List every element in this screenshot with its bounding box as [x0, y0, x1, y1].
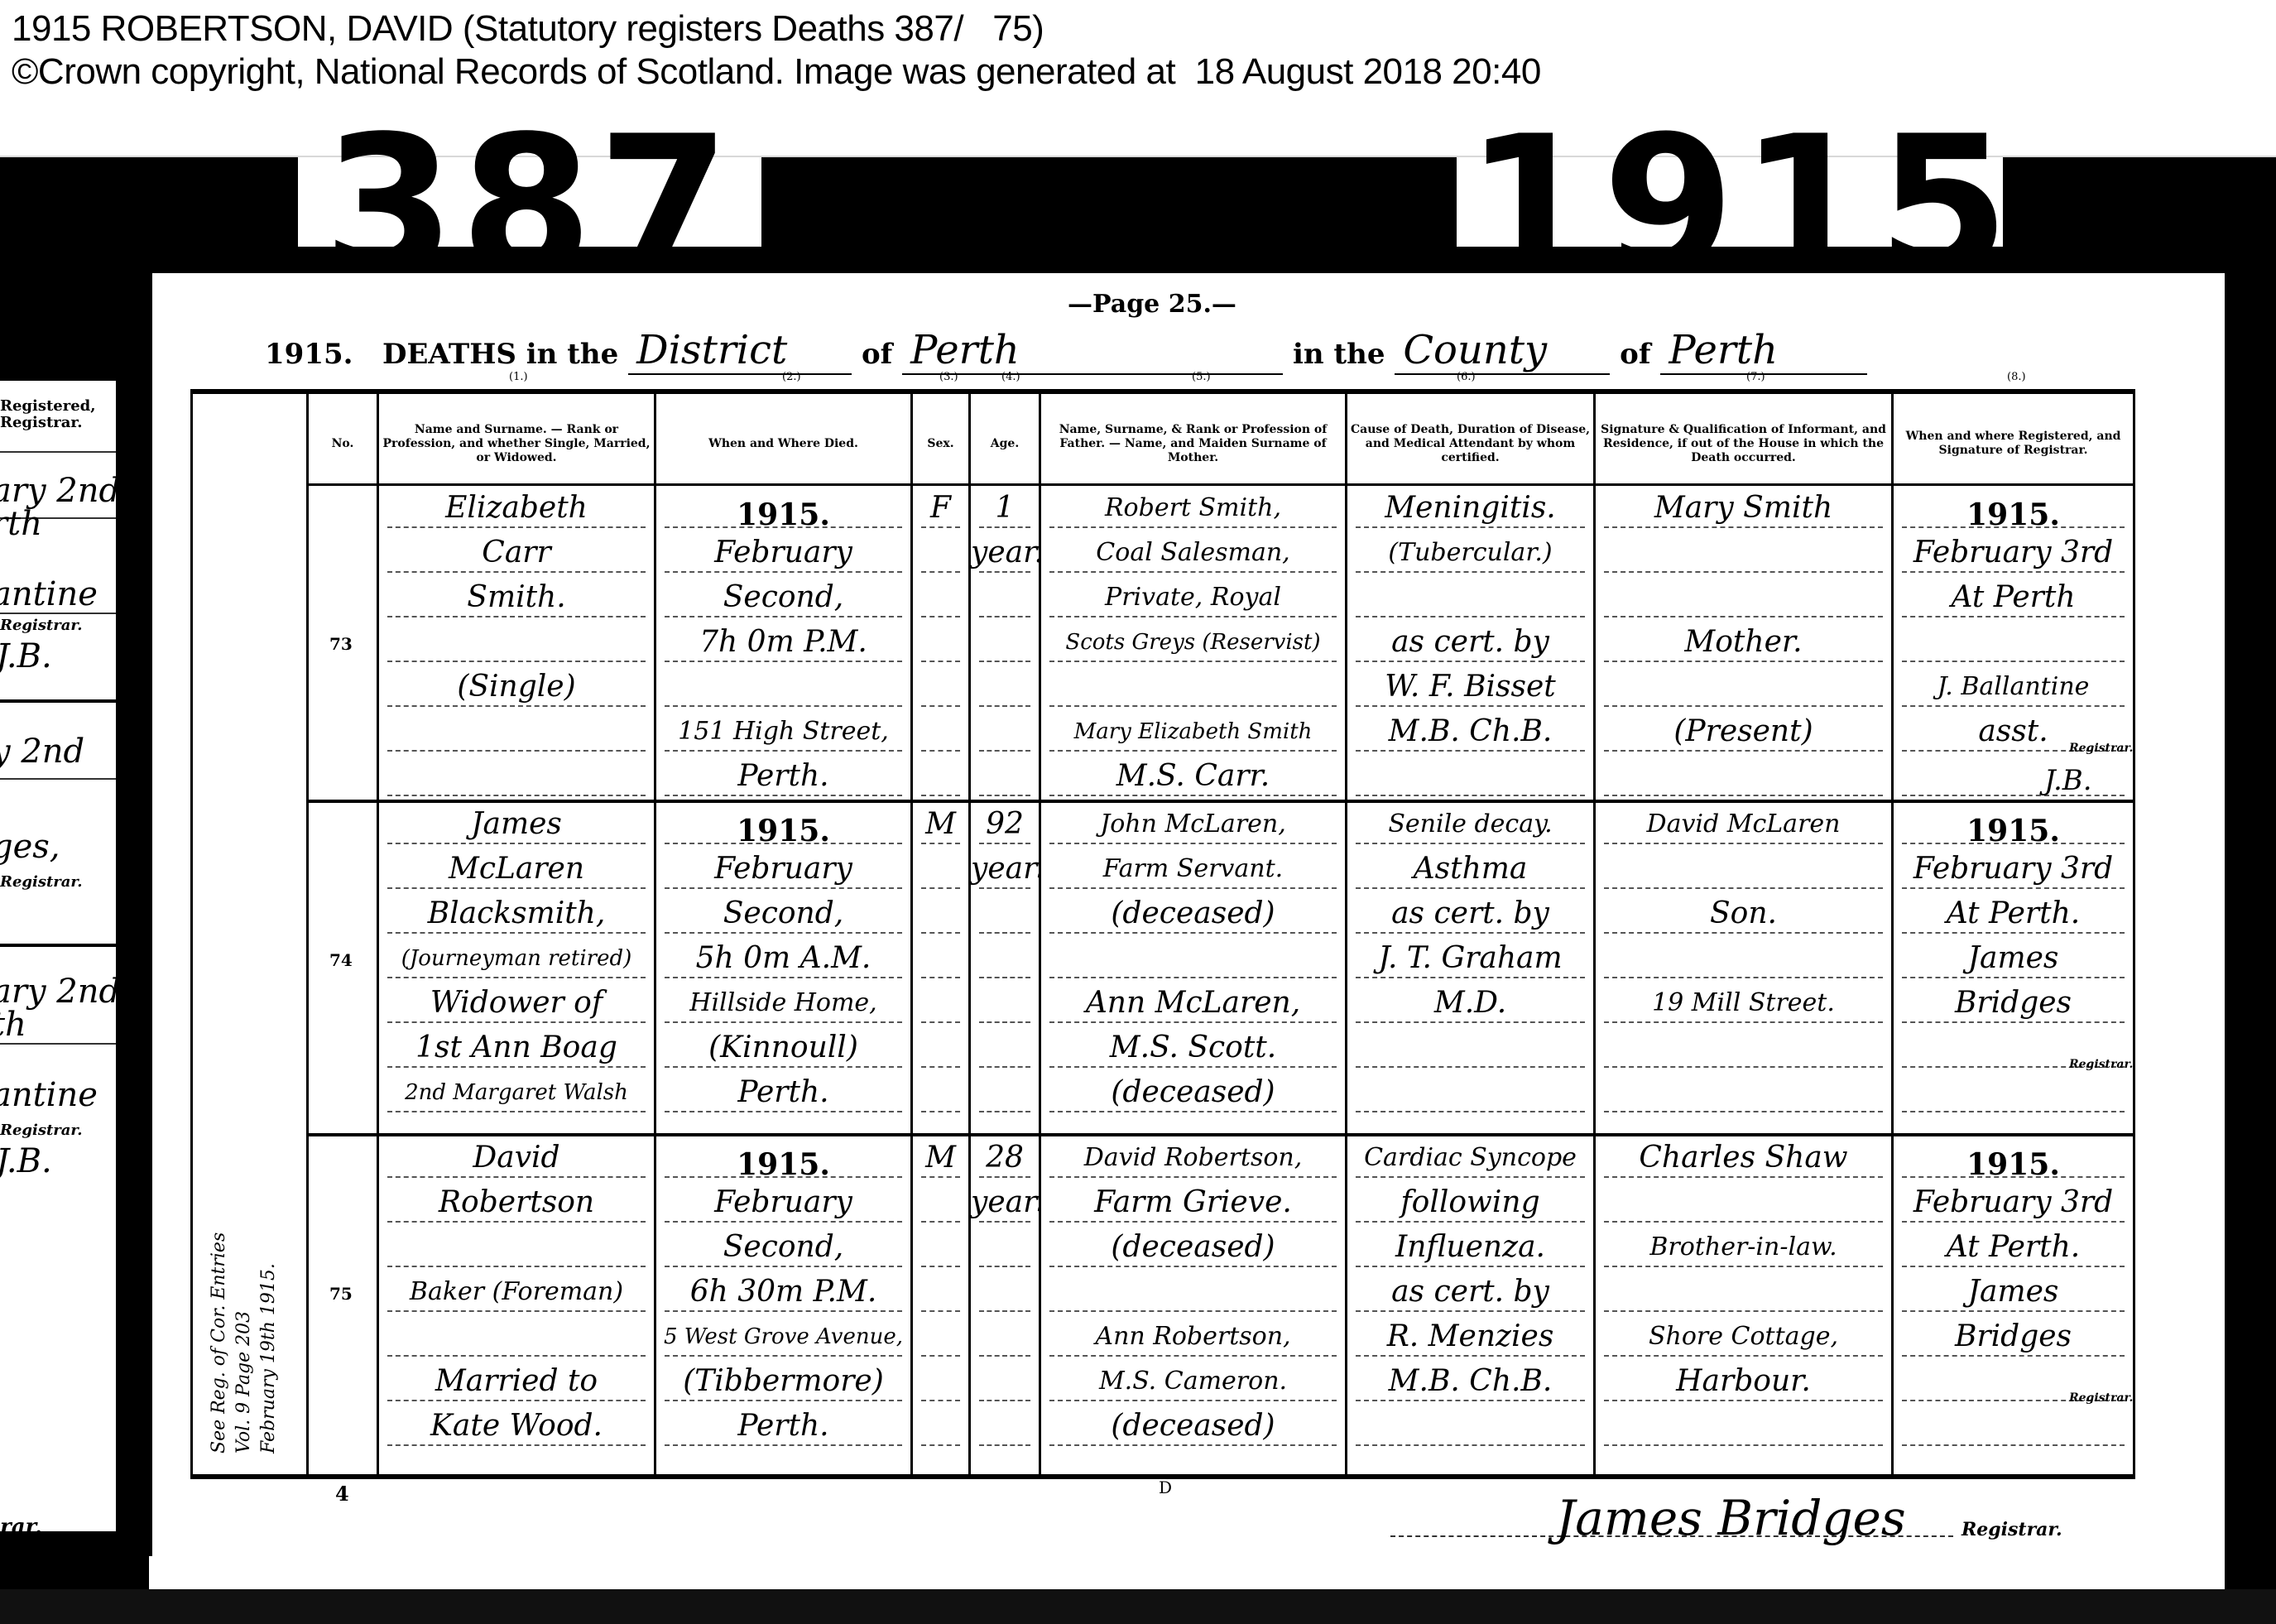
ruled-line [1604, 571, 1883, 574]
entry-when-where-text: 5h 0m A.M. [656, 942, 910, 975]
register-year: 1915. [265, 338, 353, 371]
colnum: (1.) [509, 371, 528, 383]
ruled-line [1604, 1400, 1883, 1402]
ruled-line [1049, 1221, 1337, 1223]
lp-line: Registrar. [0, 873, 83, 891]
ruled-line [921, 571, 960, 574]
entry-parents-text: M.S. Cameron. [1041, 1365, 1345, 1398]
ruled-line [1356, 795, 1585, 797]
district-name: Perth [902, 327, 1283, 375]
ruled-line [1604, 661, 1883, 663]
entry-parents-text: John McLaren, [1041, 808, 1345, 841]
header-parents: Name, Surname, & Rank or Profession of F… [1041, 402, 1345, 485]
entry-informant-text: David McLaren [1596, 808, 1891, 841]
ruled-line [1604, 1355, 1883, 1357]
entry-informant-text: 19 Mill Street. [1596, 987, 1891, 1020]
ruled-line [1049, 932, 1337, 935]
ruled-line [387, 705, 646, 708]
ruled-line [1356, 705, 1585, 708]
entry-name-text: Baker (Foreman) [379, 1276, 654, 1309]
ruled-line [921, 616, 960, 618]
entry-parents-text: Coal Salesman, [1041, 536, 1345, 569]
ruled-line [665, 1021, 902, 1024]
ruled-line [979, 750, 1030, 752]
ruled-line [979, 1266, 1030, 1268]
ruled-line [979, 705, 1030, 708]
heading-deaths: DEATHS in the [382, 338, 618, 371]
entry-parents-text: Scots Greys (Reservist) [1041, 626, 1345, 659]
ruled-line [1356, 887, 1585, 890]
entry-parents-text: Ann Robertson, [1041, 1320, 1345, 1353]
entry-when-where-text: Perth. [656, 760, 910, 793]
entry-parents-text: Farm Servant. [1041, 853, 1345, 886]
entry-parents-text: Private, Royal [1041, 581, 1345, 614]
entry-parents-text: (deceased) [1041, 1410, 1345, 1443]
entry-informant-text: Charles Shaw [1596, 1141, 1891, 1175]
ruled-line [1604, 1111, 1883, 1113]
heading-in-the: in the [1293, 338, 1385, 371]
entry-number: 73 [329, 634, 353, 654]
ruled-line [1049, 795, 1337, 797]
ruled-line [1049, 1111, 1337, 1113]
ruled-line [921, 1266, 960, 1268]
ruled-line [1049, 977, 1337, 979]
ruled-line [387, 1310, 646, 1313]
ruled-line [979, 887, 1030, 890]
ruled-line [1604, 932, 1883, 935]
ruled-line [1604, 526, 1883, 529]
ruled-line [921, 705, 960, 708]
ruled-line [1049, 1400, 1337, 1402]
ruled-line [1902, 1021, 2125, 1024]
ruled-line [921, 932, 960, 935]
volume-label-box: 387 [298, 157, 761, 247]
ruled-line [1902, 571, 2125, 574]
entry-name-text: James [379, 808, 654, 841]
ruled-line [665, 887, 902, 890]
ruled-line [1049, 526, 1337, 529]
ruled-line [1049, 661, 1337, 663]
ruled-line [1604, 1266, 1883, 1268]
ruled-line [1902, 1444, 2125, 1447]
ruled-line [921, 1221, 960, 1223]
entry-cause-text: J. T. Graham [1347, 942, 1593, 975]
entry-cause-text: Meningitis. [1347, 492, 1593, 525]
district-word: District [628, 327, 852, 375]
heading-of-1: of [862, 338, 892, 371]
ruled-line [1356, 616, 1585, 618]
ruled-line [1356, 750, 1585, 752]
ruled-line [1049, 1310, 1337, 1313]
ruled-line [1604, 616, 1883, 618]
entry-name-text: 2nd Margaret Walsh [379, 1076, 654, 1109]
entry-age-text: year. [971, 536, 1039, 569]
ruled-line [1604, 1221, 1883, 1223]
entry-registered-text: February 3rd [1894, 1186, 2133, 1219]
ruled-line [1049, 750, 1337, 752]
lp-line: th [0, 1006, 26, 1044]
entry-registered-text: February 3rd [1894, 853, 2133, 886]
ruled-line [1356, 843, 1585, 845]
ruled-line [387, 1066, 646, 1069]
entry-when-where-text: Hillside Home, [656, 987, 910, 1020]
ruled-line [1604, 1021, 1883, 1024]
entry-cause-text: M.B. Ch.B. [1347, 1365, 1593, 1398]
entry-when-where-text: February [656, 853, 910, 886]
entry-when-where-text: Second, [656, 581, 910, 614]
ruled-line [1902, 616, 2125, 618]
ruled-line [1902, 661, 2125, 663]
entry-name-text: Widower of [379, 987, 654, 1020]
entry-name-text: Kate Wood. [379, 1410, 654, 1443]
lp-line: antine [0, 1076, 98, 1114]
ruled-line [1049, 571, 1337, 574]
ruled-line [1902, 1310, 2125, 1313]
entry-registered-text: Bridges [1894, 1320, 2133, 1353]
county-word: County [1395, 327, 1610, 375]
registrar-initials: J.B. [2044, 764, 2092, 797]
ruled-line [979, 1021, 1030, 1024]
entry-name-text: Blacksmith, [379, 897, 654, 930]
entry-parents-text: Ann McLaren, [1041, 987, 1345, 1020]
footer-letter-mark: D [1159, 1477, 1172, 1497]
ruled-line [921, 661, 960, 663]
lp-registrar-label: rar. [0, 1515, 42, 1540]
ruled-line [921, 977, 960, 979]
entry-sex-text: M [913, 1141, 968, 1175]
year-label-box: 1915 [1457, 157, 2003, 247]
colnum: (2.) [782, 371, 801, 383]
ruled-line [979, 526, 1030, 529]
ruled-line [979, 1221, 1030, 1223]
entry-when-where-text: 7h 0m P.M. [656, 626, 910, 659]
lp-header-1: Registered, [0, 397, 96, 415]
ruled-line [1604, 795, 1883, 797]
entry-informant-text: Son. [1596, 897, 1891, 930]
ruled-line [921, 843, 960, 845]
ruled-line [1356, 1444, 1585, 1447]
entry-name-text: Elizabeth [379, 492, 654, 525]
record-title: 1915 ROBERTSON, DAVID (Statutory registe… [12, 8, 1044, 50]
ruled-line [1356, 661, 1585, 663]
entry-number: 75 [329, 1284, 353, 1304]
ruled-line [1356, 1176, 1585, 1179]
entry-number: 74 [329, 950, 353, 970]
entry-sex-text: M [913, 808, 968, 841]
colnum: (8.) [2007, 371, 2026, 383]
ruled-line [1356, 571, 1585, 574]
margin-note-75: See Reg. of Cor. Entries Vol. 9 Page 203… [190, 1147, 298, 1462]
ruled-line [921, 1021, 960, 1024]
entry-informant-text: Mary Smith [1596, 492, 1891, 525]
ruled-line [1604, 750, 1883, 752]
registrar-signature: James Bridges [1556, 1490, 1906, 1546]
ruled-line [665, 1266, 902, 1268]
ruled-line [1604, 843, 1883, 845]
entry-age-text: years. [971, 1186, 1039, 1219]
ruled-line [387, 977, 646, 979]
year-number: 1915 [1465, 124, 2014, 290]
entry-when-where-text: 5 West Grove Avenue, [656, 1320, 910, 1353]
entry-cause-text: as cert. by [1347, 626, 1593, 659]
ruled-line [1049, 705, 1337, 708]
entry-registered-text: 1915. [1894, 1148, 2133, 1181]
header-cause: Cause of Death, Duration of Disease, and… [1347, 402, 1593, 485]
entry-when-where-text: February [656, 1186, 910, 1219]
page-binding-edge [141, 265, 152, 1556]
register-heading: 1915. DEATHS in the District of Perth in… [265, 327, 1867, 375]
ruled-line [665, 750, 902, 752]
ruled-line [1356, 1310, 1585, 1313]
ruled-line [665, 1310, 902, 1313]
colnum: (5.) [1192, 371, 1211, 383]
entry-informant-text: Harbour. [1596, 1365, 1891, 1398]
entry-cause-text: as cert. by [1347, 897, 1593, 930]
ruled-line [979, 616, 1030, 618]
volume-number: 387 [323, 124, 735, 290]
entry-age-text: 1 [971, 492, 1039, 525]
ruled-line [387, 795, 646, 797]
registrar-label: Registrar. [2069, 1391, 2133, 1405]
previous-page-fragment: Registered, Registrar. ary 2nd rth antin… [0, 381, 121, 1531]
entry-name-text: 1st Ann Boag [379, 1031, 654, 1064]
ruled-line [1356, 1021, 1585, 1024]
ruled-line [665, 795, 902, 797]
ruled-line [1604, 887, 1883, 890]
entry-name-text: Married to [379, 1365, 654, 1398]
ruled-line [921, 795, 960, 797]
ruled-line [387, 1400, 646, 1402]
entry-registered-text: At Perth [1894, 581, 2133, 614]
ruled-line [387, 1221, 646, 1223]
lp-line: J.B. [0, 637, 52, 675]
entry-registered-text: At Perth. [1894, 1231, 2133, 1264]
ruled-line [979, 1066, 1030, 1069]
lp-line: y 2nd [0, 733, 84, 771]
entry-informant-text: Brother-in-law. [1596, 1231, 1891, 1264]
ruled-line [979, 977, 1030, 979]
ruled-line [387, 750, 646, 752]
entry-registered-text: At Perth. [1894, 897, 2133, 930]
registrar-label: Registrar. [2069, 742, 2133, 755]
entry-registered-text: Bridges [1894, 987, 2133, 1020]
entry-parents-text: (deceased) [1041, 1076, 1345, 1109]
lp-line: Registrar. [0, 1122, 83, 1139]
ruled-line [1049, 887, 1337, 890]
ruled-line [921, 750, 960, 752]
ruled-line [979, 1111, 1030, 1113]
ruled-line [1902, 1111, 2125, 1113]
entry-when-where-text: Second, [656, 897, 910, 930]
ruled-line [665, 1221, 902, 1223]
ruled-line [1049, 1066, 1337, 1069]
entry-informant-text: Mother. [1596, 626, 1891, 659]
lp-line: rth [0, 505, 42, 543]
entry-registered-text: James [1894, 942, 2133, 975]
header-age: Age. [971, 402, 1039, 485]
ruled-line [665, 661, 902, 663]
ruled-line [979, 1176, 1030, 1179]
ruled-line [1049, 1266, 1337, 1268]
entry-age-text: 92 [971, 808, 1039, 841]
ruled-line [921, 887, 960, 890]
ruled-line [665, 1111, 902, 1113]
ruled-line [1356, 1400, 1585, 1402]
colnum: (4.) [1001, 371, 1020, 383]
lp-line: ges, [0, 828, 60, 866]
header-when-where: When and Where Died. [656, 402, 910, 485]
entry-name-text: Smith. [379, 581, 654, 614]
ruled-line [921, 1111, 960, 1113]
ruled-line [1356, 932, 1585, 935]
column-numbers: (1.) (2.) (3.) (4.) (5.) (6.) (7.) (8.) [0, 371, 2276, 387]
ruled-line [1356, 1266, 1585, 1268]
ruled-line [979, 843, 1030, 845]
ruled-line [979, 795, 1030, 797]
ruled-line [387, 1111, 646, 1113]
ruled-line [1049, 1355, 1337, 1357]
entry-when-where-text: (Tibbermore) [656, 1365, 910, 1398]
ruled-line [1356, 1355, 1585, 1357]
ruled-line [387, 1444, 646, 1447]
ruled-line [665, 705, 902, 708]
entry-cause-text: (Tubercular.) [1347, 536, 1593, 569]
entry-cause-text: Senile decay. [1347, 808, 1593, 841]
lp-header-2: Registrar. [0, 414, 83, 431]
ruled-line [665, 616, 902, 618]
header-informant: Signature & Qualification of Informant, … [1596, 402, 1891, 485]
ruled-line [1356, 1066, 1585, 1069]
entry-informant-text: Shore Cottage, [1596, 1320, 1891, 1353]
entry-cause-text: Influenza. [1347, 1231, 1593, 1264]
ruled-line [387, 932, 646, 935]
ruled-line [979, 1310, 1030, 1313]
entry-name-text: (Journeyman retired) [379, 942, 654, 975]
ruled-line [665, 571, 902, 574]
ruled-line [979, 1444, 1030, 1447]
entry-cause-text: as cert. by [1347, 1276, 1593, 1309]
entry-name-text: Carr [379, 536, 654, 569]
entry-parents-text: M.S. Scott. [1041, 1031, 1345, 1064]
entry-sex-text: F [913, 492, 968, 525]
ruled-line [1902, 1266, 2125, 1268]
ruled-line [921, 1400, 960, 1402]
ruled-line [387, 1176, 646, 1179]
entry-name-text: David [379, 1141, 654, 1175]
entry-when-where-text: 1915. [656, 1148, 910, 1181]
entry-name-text: McLaren [379, 853, 654, 886]
ruled-line [387, 661, 646, 663]
ruled-line [665, 932, 902, 935]
ruled-line [387, 1266, 646, 1268]
entry-when-where-text: February [656, 536, 910, 569]
entry-parents-text: Mary Elizabeth Smith [1041, 715, 1345, 748]
entry-when-where-text: 1915. [656, 814, 910, 848]
ruled-line [1604, 1066, 1883, 1069]
ruled-line [665, 1355, 902, 1357]
entry-parents-text: M.S. Carr. [1041, 760, 1345, 793]
copyright-notice: ©Crown copyright, National Records of Sc… [12, 51, 1541, 93]
ruled-line [921, 1444, 960, 1447]
entry-cause-text: W. F. Bisset [1347, 670, 1593, 704]
ruled-line [921, 1066, 960, 1069]
entry-registered-text: J. Ballantine [1894, 670, 2133, 704]
colnum: (3.) [939, 371, 958, 383]
entry-cause-text: M.B. Ch.B. [1347, 715, 1593, 748]
ruled-line [1356, 977, 1585, 979]
entry-parents-text: (deceased) [1041, 897, 1345, 930]
entry-name-text: Robertson [379, 1186, 654, 1219]
ruled-line [1049, 616, 1337, 618]
ruled-line [1902, 1221, 2125, 1223]
heading-of-2: of [1620, 338, 1650, 371]
ruled-line [1902, 1355, 2125, 1357]
page-number: —Page 25.— [1068, 290, 1236, 319]
entry-registered-text: 1915. [1894, 498, 2133, 531]
footer-page-mark: 4 [335, 1482, 349, 1506]
entry-when-where-text: (Kinnoull) [656, 1031, 910, 1064]
entry-cause-text: R. Menzies [1347, 1320, 1593, 1353]
lp-line: J.B. [0, 1142, 52, 1180]
ruled-line [921, 1355, 960, 1357]
ruled-line [1604, 1310, 1883, 1313]
ruled-line [1902, 932, 2125, 935]
ruled-line [1356, 1221, 1585, 1223]
entry-cause-text: following [1347, 1186, 1593, 1219]
entry-cause-text: M.D. [1347, 987, 1593, 1020]
ruled-line [1902, 887, 2125, 890]
colnum: (7.) [1746, 371, 1765, 383]
entry-when-where-text: Perth. [656, 1410, 910, 1443]
entry-parents-text: Robert Smith, [1041, 492, 1345, 525]
entry-informant-text: (Present) [1596, 715, 1891, 748]
county-name: Perth [1660, 327, 1867, 375]
entry-parents-text: Farm Grieve. [1041, 1186, 1345, 1219]
entry-when-where-text: 1915. [656, 498, 910, 531]
ruled-line [1356, 526, 1585, 529]
ruled-line [1049, 1444, 1337, 1447]
entry-parents-text: David Robertson, [1041, 1141, 1345, 1175]
header-sex: Sex. [913, 402, 968, 485]
entry-age-text: 28 [971, 1141, 1039, 1175]
ruled-line [1049, 843, 1337, 845]
ruled-line [1902, 977, 2125, 979]
entry-cause-text: Cardiac Syncope [1347, 1141, 1593, 1175]
ruled-line [921, 1176, 960, 1179]
ruled-line [1049, 1176, 1337, 1179]
lp-line: antine [0, 575, 98, 613]
ruled-line [387, 1355, 646, 1357]
header-no: No. [309, 402, 377, 485]
ruled-line [665, 1400, 902, 1402]
ruled-line [387, 887, 646, 890]
entry-when-where-text: Second, [656, 1231, 910, 1264]
ruled-line [1356, 1111, 1585, 1113]
ruled-line [921, 1310, 960, 1313]
ruled-line [1902, 705, 2125, 708]
entry-name-text: (Single) [379, 670, 654, 704]
entry-cause-text: Asthma [1347, 853, 1593, 886]
ruled-line [387, 526, 646, 529]
ruled-line [1604, 705, 1883, 708]
ruled-line [387, 843, 646, 845]
entry-registered-text: James [1894, 1276, 2133, 1309]
ruled-line [1604, 977, 1883, 979]
ruled-line [979, 1400, 1030, 1402]
scan-border-bottom [0, 1589, 2276, 1624]
header-name: Name and Surname. — Rank or Profession, … [379, 402, 654, 485]
colnum: (6.) [1457, 371, 1476, 383]
